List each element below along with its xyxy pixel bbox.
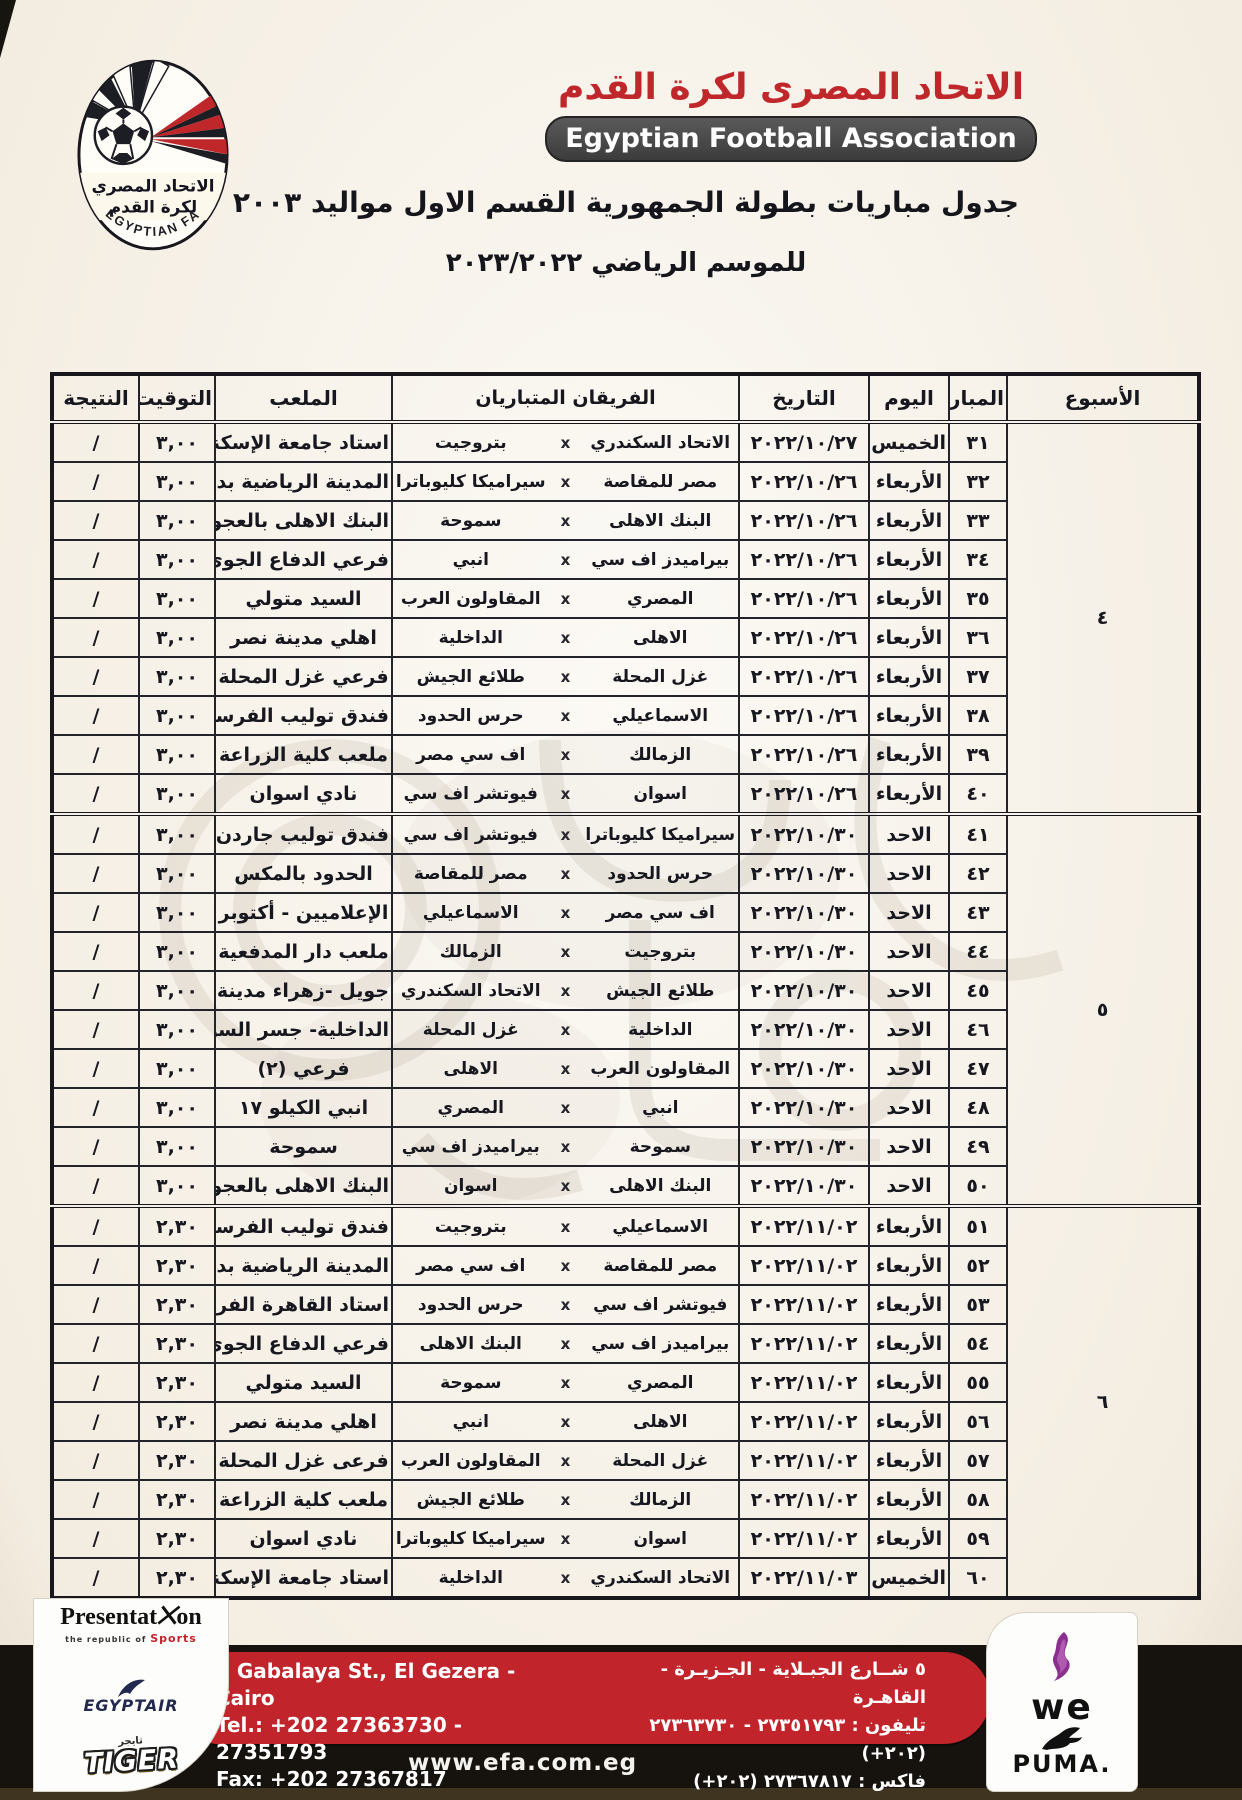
away-team: طلائع الجيش (393, 667, 549, 687)
match-day: الأربعاء (869, 1285, 949, 1324)
vs-mark: x (549, 551, 583, 569)
kickoff-time: ٣,٠٠ (139, 1088, 215, 1127)
result: / (52, 1324, 139, 1363)
home-team: انبي (583, 1098, 739, 1118)
vs-mark: x (549, 1452, 583, 1470)
vs-mark: x (549, 1177, 583, 1195)
away-team: المصري (393, 1098, 549, 1118)
result: / (52, 1127, 139, 1166)
match-number: ٤٦ (949, 1010, 1007, 1049)
match-date: ٢٠٢٢/١١/٠٢ (739, 1441, 869, 1480)
match-number: ٣٦ (949, 618, 1007, 657)
vs-mark: x (549, 707, 583, 725)
match-date: ٢٠٢٢/١٠/٣٠ (739, 1049, 869, 1088)
stadium: الداخلية- جسر السويس (215, 1010, 392, 1049)
match-day: الأربعاء (869, 1519, 949, 1558)
home-team: اف سي مصر (583, 903, 739, 923)
vs-mark: x (549, 1060, 583, 1078)
vs-mark: x (549, 1374, 583, 1392)
table-row: ٥٤١الاحد٢٠٢٢/١٠/٣٠سيراميكا كليوباتراxفيو… (52, 814, 1199, 854)
vs-mark: x (549, 1530, 583, 1548)
match-number: ٥٣ (949, 1285, 1007, 1324)
away-team: الاسماعيلي (393, 903, 549, 923)
home-team: المصري (583, 589, 739, 609)
stadium: نادي اسوان (215, 774, 392, 814)
teams-cell: غزل المحلةxالمقاولون العرب (392, 1441, 739, 1480)
kickoff-time: ٣,٠٠ (139, 735, 215, 774)
match-day: الاحد (869, 1127, 949, 1166)
col-week: الأسبوع (1007, 374, 1199, 422)
match-number: ٣٨ (949, 696, 1007, 735)
away-team: اسوان (393, 1176, 549, 1196)
home-team: مصر للمقاصة (583, 472, 739, 492)
teams-cell: المصريxسموحة (392, 1363, 739, 1402)
we-telecom-logo: we (1031, 1631, 1093, 1723)
away-team: سيراميكا كليوباترا (393, 1529, 549, 1549)
stadium: جويل -زهراء مدينة نصر (215, 971, 392, 1010)
match-number: ٤٣ (949, 893, 1007, 932)
stadium: المدينة الرياضية بدمو (215, 462, 392, 501)
kickoff-time: ٢,٣٠ (139, 1558, 215, 1598)
result: / (52, 1246, 139, 1285)
presentation-x-mark-icon: ⨉ (157, 1604, 176, 1630)
teams-cell: بتروجيتxالزمالك (392, 932, 739, 971)
match-number: ٤٠ (949, 774, 1007, 814)
result: / (52, 774, 139, 814)
stadium: ملعب كلية الزراعة (215, 735, 392, 774)
match-date: ٢٠٢٢/١١/٠٢ (739, 1402, 869, 1441)
away-team: بيراميدز اف سي (393, 1137, 549, 1157)
kickoff-time: ٣,٠٠ (139, 462, 215, 501)
match-day: الأربعاء (869, 774, 949, 814)
match-date: ٢٠٢٢/١١/٠٢ (739, 1519, 869, 1558)
away-team: انبي (393, 1412, 549, 1432)
match-date: ٢٠٢٢/١٠/٢٦ (739, 696, 869, 735)
result: / (52, 696, 139, 735)
vs-mark: x (549, 826, 583, 844)
match-day: الأربعاء (869, 657, 949, 696)
kickoff-time: ٣,٠٠ (139, 971, 215, 1010)
away-team: سموحة (393, 511, 549, 531)
sponsors-right-panel: we PUMA. (986, 1612, 1138, 1792)
col-match: المباراة (949, 374, 1007, 422)
kickoff-time: ٢,٣٠ (139, 1519, 215, 1558)
stadium: فندق توليب جاردن (215, 814, 392, 854)
match-schedule-table: الأسبوع المباراة اليوم التاريخ الفريقان … (50, 372, 1201, 1600)
match-number: ٥٧ (949, 1441, 1007, 1480)
teams-cell: البنك الاهلىxسموحة (392, 501, 739, 540)
home-team: سموحة (583, 1137, 739, 1157)
result: / (52, 1206, 139, 1246)
away-team: المقاولون العرب (393, 589, 549, 609)
match-date: ٢٠٢٢/١٠/٢٦ (739, 501, 869, 540)
home-team: الاسماعيلي (583, 706, 739, 726)
match-day: الأربعاء (869, 735, 949, 774)
match-day: الأربعاء (869, 696, 949, 735)
match-day: الاحد (869, 893, 949, 932)
address-arabic: ٥ شــارع الجبـلاية - الجـزيـرة - القاهـر… (590, 1656, 926, 1796)
kickoff-time: ٣,٠٠ (139, 657, 215, 696)
result: / (52, 501, 139, 540)
kickoff-time: ٢,٣٠ (139, 1246, 215, 1285)
teams-cell: سموحةxبيراميدز اف سي (392, 1127, 739, 1166)
teams-cell: الزمالكxاف سي مصر (392, 735, 739, 774)
match-date: ٢٠٢٢/١١/٠٢ (739, 1246, 869, 1285)
match-date: ٢٠٢٢/١٠/٣٠ (739, 1088, 869, 1127)
match-date: ٢٠٢٢/١١/٠٢ (739, 1363, 869, 1402)
away-team: الداخلية (393, 1568, 549, 1588)
away-team: غزل المحلة (393, 1020, 549, 1040)
vs-mark: x (549, 1296, 583, 1314)
tiger-logo: تايجر TIGER (83, 1736, 180, 1780)
teams-cell: الداخليةxغزل المحلة (392, 1010, 739, 1049)
vs-mark: x (549, 629, 583, 647)
col-day: اليوم (869, 374, 949, 422)
match-date: ٢٠٢٢/١١/٠٢ (739, 1480, 869, 1519)
match-day: الأربعاء (869, 1246, 949, 1285)
week-number: ٤ (1007, 422, 1199, 814)
match-date: ٢٠٢٢/١٠/٣٠ (739, 971, 869, 1010)
vs-mark: x (549, 982, 583, 1000)
kickoff-time: ٣,٠٠ (139, 540, 215, 579)
teams-cell: الاهلىxانبي (392, 1402, 739, 1441)
address-ar-line1: ٥ شــارع الجبـلاية - الجـزيـرة - القاهـر… (590, 1656, 926, 1712)
home-team: الاهلى (583, 628, 739, 648)
vs-mark: x (549, 473, 583, 491)
puma-cat-icon (1040, 1725, 1084, 1751)
kickoff-time: ٢,٣٠ (139, 1480, 215, 1519)
stadium: الإعلاميين - أكتوبر (215, 893, 392, 932)
col-result: النتيجة (52, 374, 139, 422)
home-team: بتروجيت (583, 942, 739, 962)
away-team: اف سي مصر (393, 745, 549, 765)
result: / (52, 579, 139, 618)
vs-mark: x (549, 668, 583, 686)
kickoff-time: ٣,٠٠ (139, 501, 215, 540)
address-en-line1: 5 Gabalaya St., El Gezera - Cairo (216, 1658, 556, 1712)
home-team: البنك الاهلى (583, 511, 739, 531)
home-team: الزمالك (583, 745, 739, 765)
schedule-title: جدول مباريات بطولة الجمهورية القسم الاول… (40, 186, 1212, 219)
match-number: ٣٧ (949, 657, 1007, 696)
kickoff-time: ٢,٣٠ (139, 1441, 215, 1480)
teams-cell: مصر للمقاصةxسيراميكا كليوباترا (392, 462, 739, 501)
away-team: سيراميكا كليوباترا (393, 472, 549, 492)
match-number: ٦٠ (949, 1558, 1007, 1598)
stadium: استاد القاهرة الفرعي (١) (215, 1285, 392, 1324)
home-team: اسوان (583, 784, 739, 804)
match-number: ٥٩ (949, 1519, 1007, 1558)
kickoff-time: ٣,٠٠ (139, 932, 215, 971)
table-row: ٦٥١الأربعاء٢٠٢٢/١١/٠٢الاسماعيليxبتروجيتف… (52, 1206, 1199, 1246)
result: / (52, 1363, 139, 1402)
teams-cell: الاتحاد السكندريxبتروجيت (392, 422, 739, 462)
home-team: الاتحاد السكندري (583, 1568, 739, 1588)
match-date: ٢٠٢٢/١٠/٢٦ (739, 657, 869, 696)
season-line: للموسم الرياضي ٢٠٢٣/٢٠٢٢ (40, 248, 1212, 278)
result: / (52, 422, 139, 462)
away-team: الداخلية (393, 628, 549, 648)
match-day: الخميس (869, 1558, 949, 1598)
match-date: ٢٠٢٢/١٠/٢٧ (739, 422, 869, 462)
teams-cell: انبيxالمصري (392, 1088, 739, 1127)
away-team: سموحة (393, 1373, 549, 1393)
result: / (52, 1519, 139, 1558)
kickoff-time: ٣,٠٠ (139, 696, 215, 735)
match-day: الأربعاء (869, 1402, 949, 1441)
home-team: المقاولون العرب (583, 1059, 739, 1079)
home-team: فيوتشر اف سي (583, 1295, 739, 1315)
away-team: الاهلى (393, 1059, 549, 1079)
stadium: اهلي مدينة نصر (215, 1402, 392, 1441)
vs-mark: x (549, 1021, 583, 1039)
vs-mark: x (549, 590, 583, 608)
vs-mark: x (549, 1413, 583, 1431)
soccer-ball-icon (95, 107, 152, 164)
home-team: الاهلى (583, 1412, 739, 1432)
teams-cell: الاتحاد السكندريxالداخلية (392, 1558, 739, 1598)
match-date: ٢٠٢٢/١١/٠٢ (739, 1285, 869, 1324)
vs-mark: x (549, 943, 583, 961)
match-number: ٤١ (949, 814, 1007, 854)
vs-mark: x (549, 512, 583, 530)
away-team: بتروجيت (393, 433, 549, 453)
match-day: الأربعاء (869, 462, 949, 501)
match-day: الخميس (869, 422, 949, 462)
match-date: ٢٠٢٢/١٠/٣٠ (739, 1010, 869, 1049)
table-row: ٤٣١الخميس٢٠٢٢/١٠/٢٧الاتحاد السكندريxبترو… (52, 422, 1199, 462)
home-team: البنك الاهلى (583, 1176, 739, 1196)
result: / (52, 735, 139, 774)
kickoff-time: ٣,٠٠ (139, 618, 215, 657)
vs-mark: x (549, 1138, 583, 1156)
home-team: طلائع الجيش (583, 981, 739, 1001)
col-teams: الفريقان المتباريان (392, 374, 739, 422)
kickoff-time: ٢,٣٠ (139, 1206, 215, 1246)
result: / (52, 1088, 139, 1127)
teams-cell: فيوتشر اف سيxحرس الحدود (392, 1285, 739, 1324)
week-number: ٥ (1007, 814, 1199, 1206)
match-number: ٣٤ (949, 540, 1007, 579)
association-title-arabic: الاتحاد المصرى لكرة القدم (545, 66, 1037, 110)
stadium: فرعي (٢) (215, 1049, 392, 1088)
match-number: ٣٩ (949, 735, 1007, 774)
match-number: ٣٣ (949, 501, 1007, 540)
kickoff-time: ٣,٠٠ (139, 893, 215, 932)
result: / (52, 618, 139, 657)
vs-mark: x (549, 1491, 583, 1509)
col-date: التاريخ (739, 374, 869, 422)
home-team: سيراميكا كليوباترا (583, 825, 739, 845)
schedule-table-body: ٤٣١الخميس٢٠٢٢/١٠/٢٧الاتحاد السكندريxبترو… (52, 422, 1199, 1598)
home-team: حرس الحدود (583, 864, 739, 884)
match-number: ٥٦ (949, 1402, 1007, 1441)
teams-cell: المصريxالمقاولون العرب (392, 579, 739, 618)
match-date: ٢٠٢٢/١٠/٣٠ (739, 854, 869, 893)
kickoff-time: ٣,٠٠ (139, 1127, 215, 1166)
col-stadium: الملعب (215, 374, 392, 422)
result: / (52, 657, 139, 696)
stadium: فندق توليب الفرسان (215, 696, 392, 735)
match-number: ٤٩ (949, 1127, 1007, 1166)
result: / (52, 893, 139, 932)
scanned-schedule-page: { "header": { "logo": { "arabic_line1": … (0, 0, 1242, 1800)
teams-cell: غزل المحلةxطلائع الجيش (392, 657, 739, 696)
stadium: استاد جامعة الإسكندرية (215, 422, 392, 462)
match-number: ٥١ (949, 1206, 1007, 1246)
match-date: ٢٠٢٢/١١/٠٣ (739, 1558, 869, 1598)
stadium: استاد جامعة الإسكندرية (215, 1558, 392, 1598)
result: / (52, 1010, 139, 1049)
address-ar-line2: تليفون : ٢٧٣٥١٧٩٣ - ٢٧٣٦٣٧٣٠ (٢٠٢+) (590, 1712, 926, 1768)
match-number: ٥٥ (949, 1363, 1007, 1402)
teams-cell: المقاولون العربxالاهلى (392, 1049, 739, 1088)
match-date: ٢٠٢٢/١١/٠٢ (739, 1324, 869, 1363)
stadium: السيد متولي (215, 579, 392, 618)
vs-mark: x (549, 785, 583, 803)
efa-crest-logo: الاتحاد المصري لكرة القدم EGYPTIAN FA (74, 56, 232, 254)
result: / (52, 1480, 139, 1519)
home-team: مصر للمقاصة (583, 1256, 739, 1276)
away-team: المقاولون العرب (393, 1451, 549, 1471)
stadium: اهلي مدينة نصر (215, 618, 392, 657)
teams-cell: طلائع الجيشxالاتحاد السكندري (392, 971, 739, 1010)
stadium: فرعى غزل المحلة (215, 1441, 392, 1480)
result: / (52, 540, 139, 579)
stadium: البنك الاهلى بالعجوزة (215, 1166, 392, 1206)
vs-mark: x (549, 434, 583, 452)
match-date: ٢٠٢٢/١١/٠٢ (739, 1206, 869, 1246)
stadium: انبي الكيلو ١٧ (215, 1088, 392, 1127)
match-date: ٢٠٢٢/١٠/٢٦ (739, 618, 869, 657)
match-day: الأربعاء (869, 501, 949, 540)
stadium: الحدود بالمكس (215, 854, 392, 893)
match-date: ٢٠٢٢/١٠/٣٠ (739, 1166, 869, 1206)
match-number: ٥٤ (949, 1324, 1007, 1363)
kickoff-time: ٢,٣٠ (139, 1363, 215, 1402)
home-team: الداخلية (583, 1020, 739, 1040)
vs-mark: x (549, 1218, 583, 1236)
kickoff-time: ٣,٠٠ (139, 1049, 215, 1088)
match-date: ٢٠٢٢/١٠/٣٠ (739, 814, 869, 854)
match-number: ٤٥ (949, 971, 1007, 1010)
kickoff-time: ٣,٠٠ (139, 774, 215, 814)
match-day: الأربعاء (869, 579, 949, 618)
result: / (52, 1049, 139, 1088)
away-team: الاتحاد السكندري (393, 981, 549, 1001)
away-team: بتروجيت (393, 1217, 549, 1237)
table-header-row: الأسبوع المباراة اليوم التاريخ الفريقان … (52, 374, 1199, 422)
kickoff-time: ٣,٠٠ (139, 1010, 215, 1049)
home-team: اسوان (583, 1529, 739, 1549)
match-day: الاحد (869, 854, 949, 893)
teams-cell: بيراميدز اف سيxانبي (392, 540, 739, 579)
teams-cell: بيراميدز اف سيxالبنك الاهلى (392, 1324, 739, 1363)
stadium: فندق توليب الفرسان (215, 1206, 392, 1246)
teams-cell: مصر للمقاصةxاف سي مصر (392, 1246, 739, 1285)
scan-corner-artifact (0, 0, 16, 58)
home-team: الاتحاد السكندري (583, 433, 739, 453)
match-number: ٤٤ (949, 932, 1007, 971)
match-date: ٢٠٢٢/١٠/٢٦ (739, 735, 869, 774)
result: / (52, 932, 139, 971)
teams-cell: سيراميكا كليوباتراxفيوتشر اف سي (392, 814, 739, 854)
match-day: الأربعاء (869, 540, 949, 579)
result: / (52, 854, 139, 893)
stadium: السيد متولي (215, 1363, 392, 1402)
vs-mark: x (549, 1335, 583, 1353)
match-date: ٢٠٢٢/١٠/٣٠ (739, 932, 869, 971)
stadium: فرعي الدفاع الجوي (215, 1324, 392, 1363)
teams-cell: اسوانxفيوتشر اف سي (392, 774, 739, 814)
result: / (52, 1558, 139, 1598)
teams-cell: حرس الحدودxمصر للمقاصة (392, 854, 739, 893)
away-team: حرس الحدود (393, 1295, 549, 1315)
match-number: ٤٨ (949, 1088, 1007, 1127)
result: / (52, 462, 139, 501)
match-day: الأربعاء (869, 1441, 949, 1480)
away-team: انبي (393, 550, 549, 570)
away-team: حرس الحدود (393, 706, 549, 726)
stadium: فرعي غزل المحلة (215, 657, 392, 696)
away-team: البنك الاهلى (393, 1334, 549, 1354)
match-date: ٢٠٢٢/١٠/٣٠ (739, 1127, 869, 1166)
col-time: التوقيت (139, 374, 215, 422)
away-team: طلائع الجيش (393, 1490, 549, 1510)
week-number: ٦ (1007, 1206, 1199, 1598)
home-team: بيراميدز اف سي (583, 550, 739, 570)
home-team: غزل المحلة (583, 667, 739, 687)
puma-logo: PUMA. (1012, 1725, 1111, 1773)
vs-mark: x (549, 904, 583, 922)
match-day: الأربعاء (869, 1480, 949, 1519)
match-number: ٣٥ (949, 579, 1007, 618)
kickoff-time: ٣,٠٠ (139, 854, 215, 893)
vs-mark: x (549, 865, 583, 883)
match-day: الأربعاء (869, 1206, 949, 1246)
kickoff-time: ٢,٣٠ (139, 1285, 215, 1324)
teams-cell: الاسماعيليxبتروجيت (392, 1206, 739, 1246)
header-titles: الاتحاد المصرى لكرة القدم Egyptian Footb… (545, 66, 1037, 162)
kickoff-time: ٢,٣٠ (139, 1324, 215, 1363)
result: / (52, 971, 139, 1010)
match-date: ٢٠٢٢/١٠/٣٠ (739, 893, 869, 932)
match-day: الاحد (869, 1010, 949, 1049)
match-day: الاحد (869, 932, 949, 971)
match-number: ٥٢ (949, 1246, 1007, 1285)
association-title-english-banner: Egyptian Football Association (545, 116, 1037, 162)
match-day: الاحد (869, 1049, 949, 1088)
website-url: www.efa.com.eg (408, 1750, 637, 1776)
stadium: ملعب كلية الزراعة (215, 1480, 392, 1519)
match-day: الاحد (869, 1088, 949, 1127)
home-team: الزمالك (583, 1490, 739, 1510)
away-team: فيوتشر اف سي (393, 784, 549, 804)
stadium: المدينة الرياضية بدمو (215, 1246, 392, 1285)
home-team: غزل المحلة (583, 1451, 739, 1471)
away-team: فيوتشر اف سي (393, 825, 549, 845)
vs-mark: x (549, 1099, 583, 1117)
stadium: البنك الاهلى بالعجوزة (215, 501, 392, 540)
match-day: الاحد (869, 1166, 949, 1206)
teams-cell: الاهلىxالداخلية (392, 618, 739, 657)
match-day: الأربعاء (869, 618, 949, 657)
stadium: ملعب دار المدفعية (215, 932, 392, 971)
vs-mark: x (549, 1257, 583, 1275)
match-number: ٥٨ (949, 1480, 1007, 1519)
match-day: الأربعاء (869, 1363, 949, 1402)
teams-cell: الاسماعيليxحرس الحدود (392, 696, 739, 735)
